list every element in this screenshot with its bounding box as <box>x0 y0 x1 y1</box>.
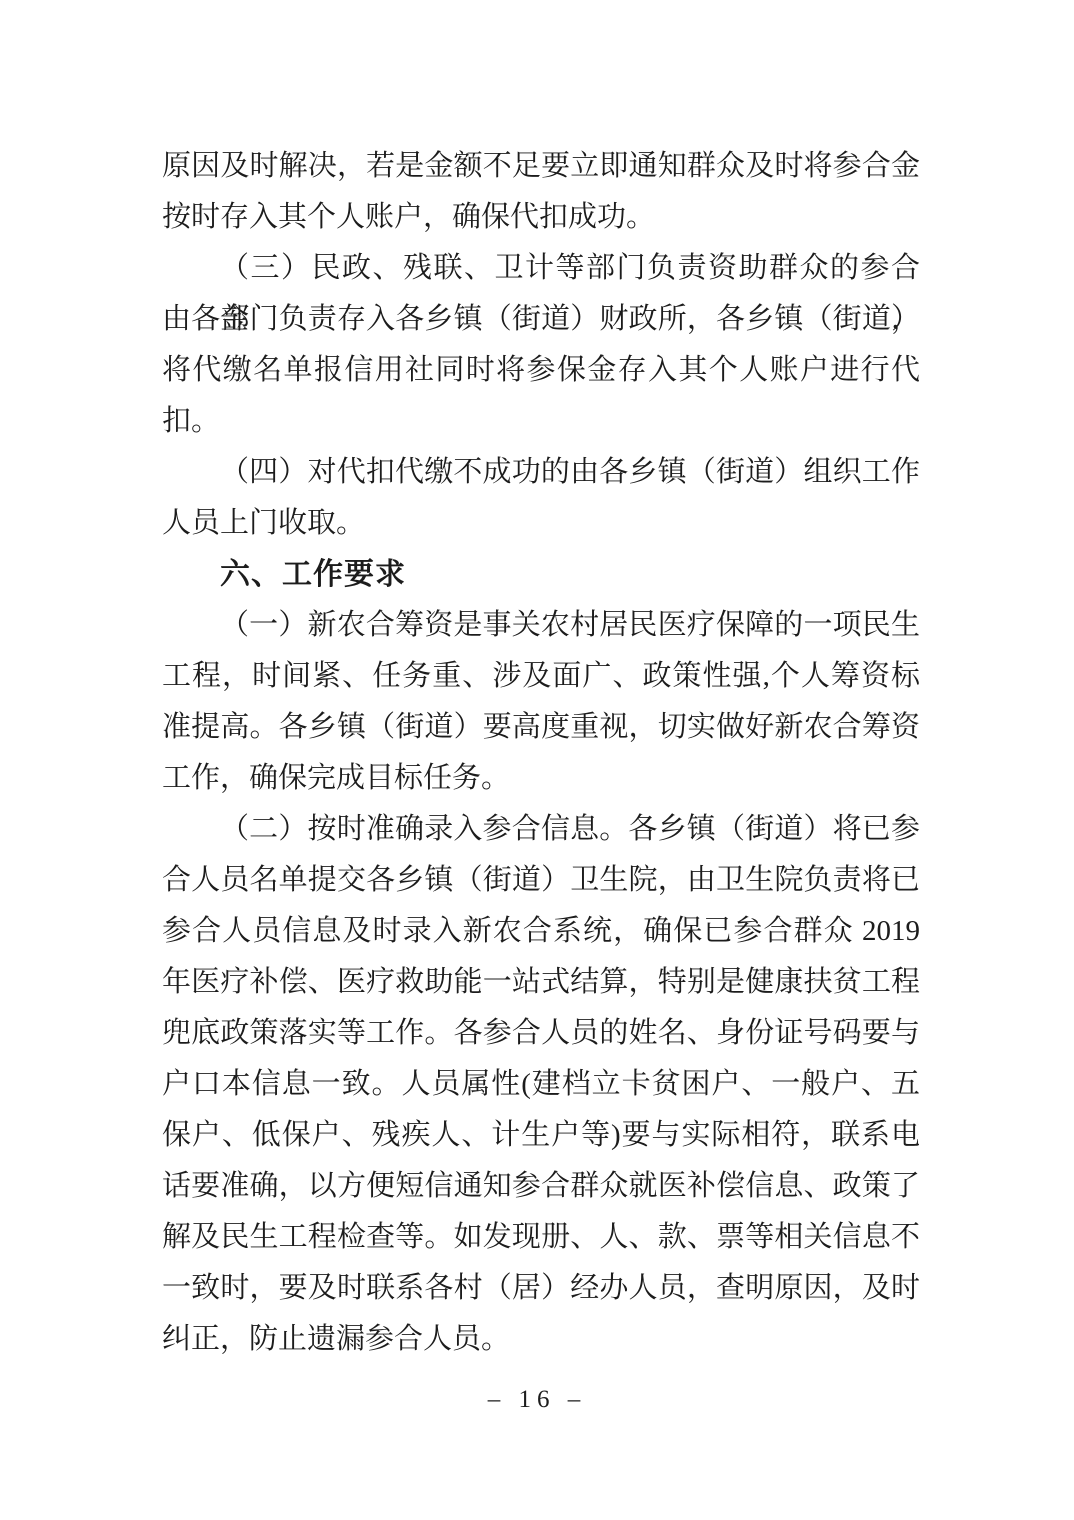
document-page: 原因及时解决，若是金额不足要立即通知群众及时将参合金 按时存入其个人账户，确保代… <box>0 0 1074 1520</box>
text-line: 年医疗补偿、医疗救助能一站式结算，特别是健康扶贫工程 <box>162 957 920 1008</box>
document-body: 原因及时解决，若是金额不足要立即通知群众及时将参合金 按时存入其个人账户，确保代… <box>162 141 920 1365</box>
text-line: 由各部门负责存入各乡镇（街道）财政所，各乡镇（街道） <box>162 294 920 345</box>
text-line: 工作，确保完成目标任务。 <box>162 753 920 804</box>
text-line: 纠正，防止遗漏参合人员。 <box>162 1314 920 1365</box>
text-line: 准提高。各乡镇（街道）要高度重视，切实做好新农合筹资 <box>162 702 920 753</box>
text-line: 原因及时解决，若是金额不足要立即通知群众及时将参合金 <box>162 141 920 192</box>
text-line: （一）新农合筹资是事关农村居民医疗保障的一项民生 <box>162 600 920 651</box>
text-line: 按时存入其个人账户，确保代扣成功。 <box>162 192 920 243</box>
text-line: 户口本信息一致。人员属性(建档立卡贫困户、一般户、五 <box>162 1059 920 1110</box>
text-line: 工程，时间紧、任务重、涉及面广、政策性强,个人筹资标 <box>162 651 920 702</box>
text-line: （四）对代扣代缴不成功的由各乡镇（街道）组织工作 <box>162 447 920 498</box>
text-line: 参合人员信息及时录入新农合系统，确保已参合群众 2019 <box>162 906 920 957</box>
text-line: 将代缴名单报信用社同时将参保金存入其个人账户进行代 <box>162 345 920 396</box>
text-line: 合人员名单提交各乡镇（街道）卫生院，由卫生院负责将已 <box>162 855 920 906</box>
page-number: – 16 – <box>0 1386 1074 1414</box>
text-line: （三）民政、残联、卫计等部门负责资助群众的参合金， <box>162 243 920 294</box>
section-heading: 六、工作要求 <box>162 549 920 600</box>
text-line: 人员上门收取。 <box>162 498 920 549</box>
text-line: 扣。 <box>162 396 920 447</box>
text-line: 一致时，要及时联系各村（居）经办人员，查明原因，及时 <box>162 1263 920 1314</box>
text-line: 保户、低保户、残疾人、计生户等)要与实际相符，联系电 <box>162 1110 920 1161</box>
text-line: （二）按时准确录入参合信息。各乡镇（街道）将已参 <box>162 804 920 855</box>
text-line: 解及民生工程检查等。如发现册、人、款、票等相关信息不 <box>162 1212 920 1263</box>
text-line: 话要准确，以方便短信通知参合群众就医补偿信息、政策了 <box>162 1161 920 1212</box>
text-line: 兜底政策落实等工作。各参合人员的姓名、身份证号码要与 <box>162 1008 920 1059</box>
